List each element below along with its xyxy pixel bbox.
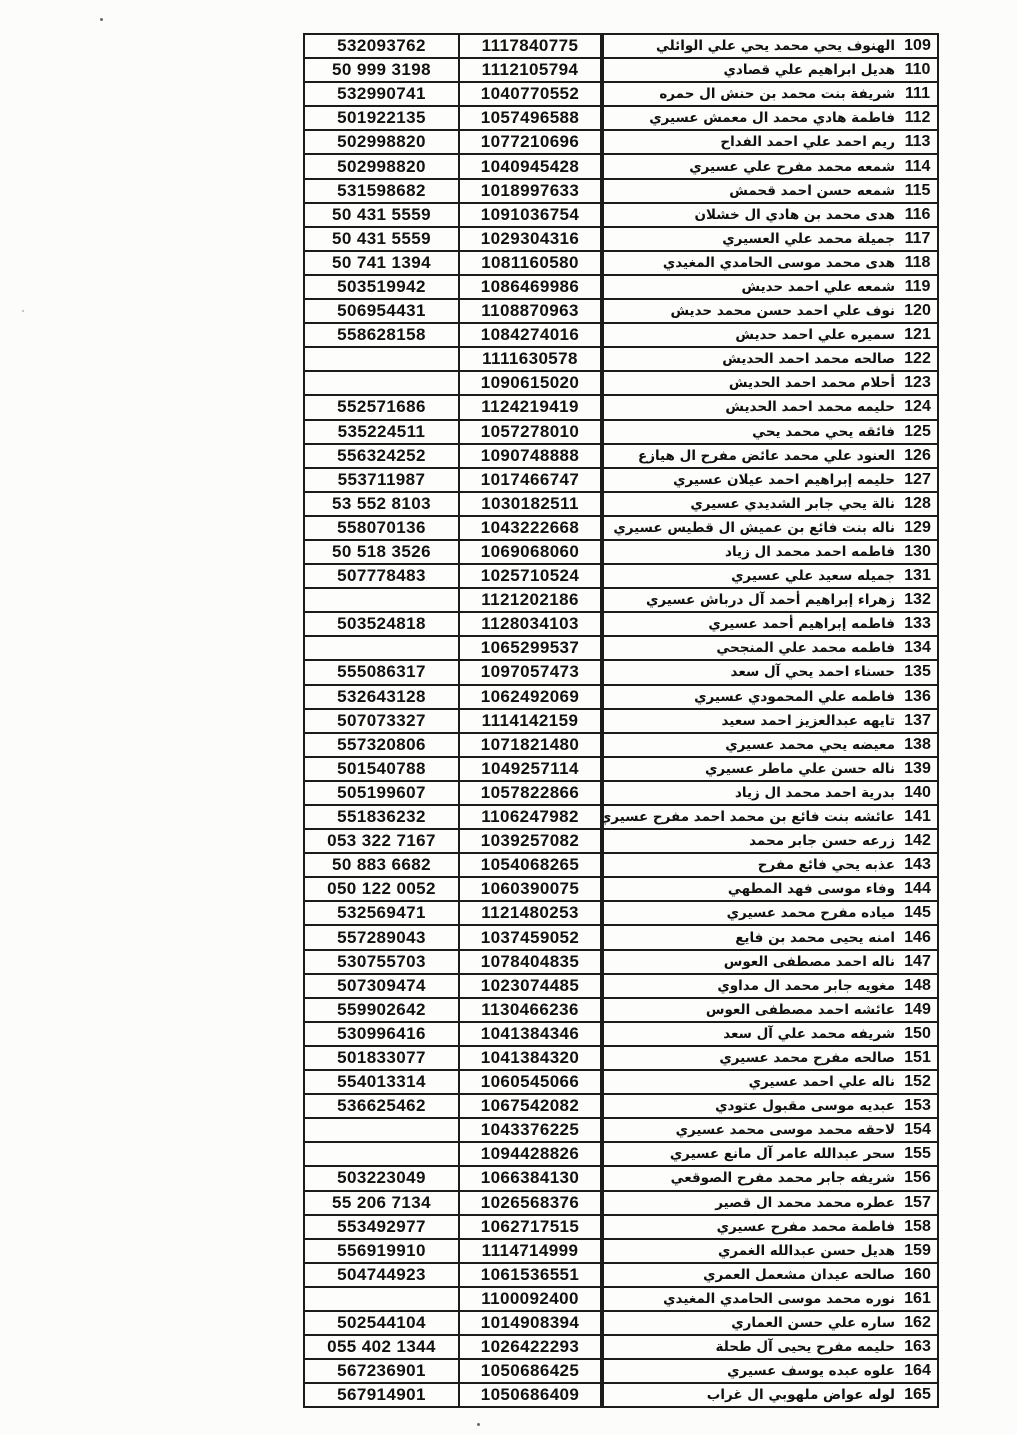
table-row: 567914901 1050686409 لوله عواض ملهوبي ال… <box>305 1382 937 1406</box>
person-name-cell: فاطمه علي المحمودي عسيري <box>602 686 898 708</box>
person-name-cell: زرعه حسن جابر محمد <box>602 830 898 852</box>
row-number-cell: 122 <box>898 348 937 370</box>
person-name-cell: أحلام محمد احمد الحديش <box>602 372 898 394</box>
national-id-cell: 1029304316 <box>460 228 602 250</box>
row-number-cell: 112 <box>898 107 937 129</box>
table-row: 505199607 1057822866 بدرية احمد محمد ال … <box>305 780 937 804</box>
national-id-cell: 1062717515 <box>460 1216 602 1238</box>
person-name-cell: حليمه محمد احمد الحديش <box>602 396 898 418</box>
row-number-cell: 151 <box>898 1047 937 1069</box>
person-name-cell: حليمه إبراهيم احمد عيلان عسيري <box>602 469 898 491</box>
scan-speck <box>100 18 103 21</box>
national-id-cell: 1037459052 <box>460 926 602 948</box>
table-row: 503524818 1128034103 فاطمه إبراهيم أحمد … <box>305 611 937 635</box>
person-name-cell: ناله بنت فائع بن عميش ال قطيس عسيري <box>602 517 898 539</box>
phone-number-cell: 552571686 <box>305 396 460 418</box>
scan-speck <box>477 1423 480 1426</box>
national-id-cell: 1041384320 <box>460 1047 602 1069</box>
national-id-cell: 1121480253 <box>460 902 602 924</box>
row-number-cell: 118 <box>898 252 937 274</box>
row-number-cell: 145 <box>898 902 937 924</box>
national-id-cell: 1043222668 <box>460 517 602 539</box>
person-name-cell: نالة يحي جابر الشديدي عسيري <box>602 493 898 515</box>
row-number-cell: 160 <box>898 1264 937 1286</box>
national-id-cell: 1067542082 <box>460 1095 602 1117</box>
national-id-cell: 1050686425 <box>460 1360 602 1382</box>
row-number-cell: 136 <box>898 686 937 708</box>
phone-number-cell: 507073327 <box>305 710 460 732</box>
national-id-cell: 1114714999 <box>460 1240 602 1262</box>
person-name-cell: عطره محمد محمد ال قصير <box>602 1192 898 1214</box>
row-number-cell: 133 <box>898 613 937 635</box>
table-row: 556324252 1090748888 العنود علي محمد عائ… <box>305 443 937 467</box>
table-row: 532093762 1117840775 الهنوف يحي محمد يحي… <box>305 35 937 57</box>
row-number-cell: 135 <box>898 661 937 683</box>
national-id-cell: 1086469986 <box>460 276 602 298</box>
row-number-cell: 139 <box>898 758 937 780</box>
table-row: 530996416 1041384346 شريفه محمد علي آل س… <box>305 1021 937 1045</box>
table-row: 1043376225 لاحقه محمد موسى محمد عسيري 15… <box>305 1117 937 1141</box>
table-row: 504744923 1061536551 صالحه عيدان مشعمل ا… <box>305 1262 937 1286</box>
person-name-cell: سحر عبدالله عامر آل مانع عسيري <box>602 1143 898 1165</box>
phone-number-cell: 507778483 <box>305 565 460 587</box>
national-id-cell: 1071821480 <box>460 734 602 756</box>
national-id-cell: 1060545066 <box>460 1071 602 1093</box>
scan-speck <box>22 310 24 312</box>
phone-number-cell: 50 883 6682 <box>305 854 460 876</box>
national-id-cell: 1040770552 <box>460 83 602 105</box>
row-number-cell: 141 <box>898 806 937 828</box>
person-name-cell: لوله عواض ملهوبي ال غراب <box>602 1384 898 1406</box>
phone-number-cell: 50 431 5559 <box>305 228 460 250</box>
table-row: 535224511 1057278010 فائقه يحي محمد يحي … <box>305 419 937 443</box>
row-number-cell: 142 <box>898 830 937 852</box>
table-row: 552571686 1124219419 حليمه محمد احمد الح… <box>305 394 937 418</box>
phone-number-cell: 505199607 <box>305 782 460 804</box>
person-name-cell: فاطمه إبراهيم أحمد عسيري <box>602 613 898 635</box>
table-row: 567236901 1050686425 علوه عبده يوسف عسير… <box>305 1358 937 1382</box>
national-id-cell: 1081160580 <box>460 252 602 274</box>
phone-number-cell <box>305 1143 460 1165</box>
phone-number-cell: 050 122 0052 <box>305 878 460 900</box>
national-id-cell: 1124219419 <box>460 396 602 418</box>
table-row: 501833077 1041384320 صالحه مفرح محمد عسي… <box>305 1045 937 1069</box>
table-row: 556919910 1114714999 هديل حسن عبدالله ال… <box>305 1238 937 1262</box>
phone-number-cell: 532093762 <box>305 35 460 57</box>
table-row: 502998820 1077210696 ريم احمد علي احمد ا… <box>305 129 937 153</box>
person-name-cell: فاطمه محمد علي المنجحي <box>602 637 898 659</box>
row-number-cell: 161 <box>898 1288 937 1310</box>
person-name-cell: ريم احمد علي احمد الفداح <box>602 131 898 153</box>
national-id-cell: 1057496588 <box>460 107 602 129</box>
national-id-cell: 1026568376 <box>460 1192 602 1214</box>
person-name-cell: فاطمة هادي محمد ال معمش عسيري <box>602 107 898 129</box>
table-row: 553711987 1017466747 حليمه إبراهيم احمد … <box>305 467 937 491</box>
phone-number-cell <box>305 1119 460 1141</box>
row-number-cell: 159 <box>898 1240 937 1262</box>
national-id-cell: 1050686409 <box>460 1384 602 1406</box>
phone-number-cell: 503519942 <box>305 276 460 298</box>
table-row: 551836232 1106247982 عائشه بنت فائع بن م… <box>305 804 937 828</box>
person-name-cell: صالحه محمد احمد الحديش <box>602 348 898 370</box>
national-id-cell: 1026422293 <box>460 1336 602 1358</box>
national-id-cell: 1061536551 <box>460 1264 602 1286</box>
person-name-cell: الهنوف يحي محمد يحي علي الوائلي <box>602 35 898 57</box>
phone-number-cell: 536625462 <box>305 1095 460 1117</box>
table-row: 507073327 1114142159 تايهه عبدالعزيز احم… <box>305 708 937 732</box>
row-number-cell: 125 <box>898 421 937 443</box>
table-row: 503223049 1066384130 شريفه جابر محمد مفر… <box>305 1165 937 1189</box>
person-name-cell: ساره علي حسن العماري <box>602 1312 898 1334</box>
national-id-cell: 1069068060 <box>460 541 602 563</box>
national-id-cell: 1062492069 <box>460 686 602 708</box>
person-name-cell: العنود علي محمد عائض مفرح ال هيازع <box>602 445 898 467</box>
phone-number-cell: 50 741 1394 <box>305 252 460 274</box>
phone-number-cell: 501833077 <box>305 1047 460 1069</box>
phone-number-cell <box>305 589 460 611</box>
table-row: 506954431 1108870963 نوف علي احمد حسن مح… <box>305 298 937 322</box>
table-row: 53 552 8103 1030182511 نالة يحي جابر الش… <box>305 491 937 515</box>
row-number-cell: 120 <box>898 300 937 322</box>
table-row: 50 431 5559 1091036754 هدى محمد بن هادي … <box>305 202 937 226</box>
table-row: 053 322 7167 1039257082 زرعه حسن جابر مح… <box>305 828 937 852</box>
row-number-cell: 149 <box>898 999 937 1021</box>
person-name-cell: مغويه جابر محمد ال مداوي <box>602 975 898 997</box>
person-name-cell: تايهه عبدالعزيز احمد سعيد <box>602 710 898 732</box>
row-number-cell: 129 <box>898 517 937 539</box>
table-row: 554013314 1060545066 ناله علي احمد عسيري… <box>305 1069 937 1093</box>
row-number-cell: 148 <box>898 975 937 997</box>
row-number-cell: 140 <box>898 782 937 804</box>
person-name-cell: ناله حسن علي ماطر عسيري <box>602 758 898 780</box>
row-number-cell: 147 <box>898 951 937 973</box>
national-id-cell: 1084274016 <box>460 324 602 346</box>
person-name-cell: نوره محمد موسى الحامدي المغيدي <box>602 1288 898 1310</box>
person-name-cell: عذبه يحي فائع مفرح <box>602 854 898 876</box>
table-row: 532569471 1121480253 مياده مفرح محمد عسي… <box>305 900 937 924</box>
table-row: 531598682 1018997633 شمعه حسن احمد قحمش … <box>305 178 937 202</box>
national-id-cell: 1057822866 <box>460 782 602 804</box>
table-row: 503519942 1086469986 شمعه علي احمد حديش … <box>305 274 937 298</box>
row-number-cell: 117 <box>898 228 937 250</box>
table-row: 1090615020 أحلام محمد احمد الحديش 123 <box>305 370 937 394</box>
table-row: 532643128 1062492069 فاطمه علي المحمودي … <box>305 684 937 708</box>
phone-number-cell: 506954431 <box>305 300 460 322</box>
person-name-cell: ناله علي احمد عسيري <box>602 1071 898 1093</box>
table-row: 507309474 1023074485 مغويه جابر محمد ال … <box>305 973 937 997</box>
table-row: 558628158 1084274016 سميره علي احمد حديش… <box>305 322 937 346</box>
person-name-cell: امنه يحيى محمد بن فايع <box>602 926 898 948</box>
person-name-cell: هدى محمد بن هادي ال خشلان <box>602 204 898 226</box>
national-id-cell: 1060390075 <box>460 878 602 900</box>
person-name-cell: سميره علي احمد حديش <box>602 324 898 346</box>
phone-number-cell: 530996416 <box>305 1023 460 1045</box>
national-id-cell: 1121202186 <box>460 589 602 611</box>
person-name-cell: عائشه احمد مصطفى العوس <box>602 999 898 1021</box>
person-name-cell: شريفة بنت محمد بن حنش ال حمره <box>602 83 898 105</box>
row-number-cell: 126 <box>898 445 937 467</box>
phone-number-cell: 50 999 3198 <box>305 59 460 81</box>
phone-number-cell: 567914901 <box>305 1384 460 1406</box>
person-name-cell: حسناء احمد يحي آل سعد <box>602 661 898 683</box>
national-id-cell: 1094428826 <box>460 1143 602 1165</box>
row-number-cell: 127 <box>898 469 937 491</box>
national-id-cell: 1049257114 <box>460 758 602 780</box>
table-row: 553492977 1062717515 فاطمة محمد مفرح عسي… <box>305 1214 937 1238</box>
national-id-cell: 1054068265 <box>460 854 602 876</box>
row-number-cell: 121 <box>898 324 937 346</box>
person-name-cell: مياده مفرح محمد عسيري <box>602 902 898 924</box>
phone-number-cell: 530755703 <box>305 951 460 973</box>
row-number-cell: 164 <box>898 1360 937 1382</box>
national-id-cell: 1040945428 <box>460 155 602 177</box>
table-row: 559902642 1130466236 عائشه احمد مصطفى ال… <box>305 997 937 1021</box>
row-number-cell: 155 <box>898 1143 937 1165</box>
national-id-cell: 1025710524 <box>460 565 602 587</box>
row-number-cell: 162 <box>898 1312 937 1334</box>
phone-number-cell: 50 431 5559 <box>305 204 460 226</box>
table-row: 050 122 0052 1060390075 وفاء موسى فهد ال… <box>305 876 937 900</box>
phone-number-cell: 503524818 <box>305 613 460 635</box>
table-row: 50 431 5559 1029304316 جميلة محمد علي ال… <box>305 226 937 250</box>
phone-number-cell: 53 552 8103 <box>305 493 460 515</box>
phone-number-cell <box>305 372 460 394</box>
phone-number-cell: 501540788 <box>305 758 460 780</box>
row-number-cell: 132 <box>898 589 937 611</box>
national-id-cell: 1090748888 <box>460 445 602 467</box>
person-name-cell: شمعه محمد مفرح علي عسيري <box>602 155 898 177</box>
national-id-cell: 1111630578 <box>460 348 602 370</box>
row-number-cell: 110 <box>898 59 937 81</box>
table-row: 1121202186 زهراء إبراهيم أحمد آل درباش ع… <box>305 587 937 611</box>
phone-number-cell: 50 518 3526 <box>305 541 460 563</box>
national-id-cell: 1041384346 <box>460 1023 602 1045</box>
national-id-cell: 1108870963 <box>460 300 602 322</box>
national-id-cell: 1078404835 <box>460 951 602 973</box>
phone-number-cell: 502998820 <box>305 131 460 153</box>
row-number-cell: 138 <box>898 734 937 756</box>
table-row: 50 518 3526 1069068060 فاطمه احمد محمد ا… <box>305 539 937 563</box>
phone-number-cell: 504744923 <box>305 1264 460 1286</box>
scanned-page: 532093762 1117840775 الهنوف يحي محمد يحي… <box>0 0 1017 1435</box>
person-name-cell: جميله سعيد علي عسيري <box>602 565 898 587</box>
table-row: 502998820 1040945428 شمعه محمد مفرح علي … <box>305 153 937 177</box>
phone-number-cell: 556324252 <box>305 445 460 467</box>
table-row: 1065299537 فاطمه محمد علي المنجحي 134 <box>305 635 937 659</box>
phone-number-cell: 053 322 7167 <box>305 830 460 852</box>
phone-number-cell: 558628158 <box>305 324 460 346</box>
phone-number-cell <box>305 348 460 370</box>
person-name-cell: ناله احمد مصطفى العوس <box>602 951 898 973</box>
phone-number-cell: 507309474 <box>305 975 460 997</box>
person-name-cell: هديل ابراهيم علي قصادي <box>602 59 898 81</box>
table-row: 1094428826 سحر عبدالله عامر آل مانع عسير… <box>305 1141 937 1165</box>
phone-number-cell: 557320806 <box>305 734 460 756</box>
table-row: 50 999 3198 1112105794 هديل ابراهيم علي … <box>305 57 937 81</box>
row-number-cell: 128 <box>898 493 937 515</box>
national-id-cell: 1039257082 <box>460 830 602 852</box>
phone-number-cell <box>305 637 460 659</box>
phone-number-cell: 535224511 <box>305 421 460 443</box>
table-row: 501540788 1049257114 ناله حسن علي ماطر ع… <box>305 756 937 780</box>
national-id-cell: 1117840775 <box>460 35 602 57</box>
person-name-cell: عبديه موسى مقبول عتودي <box>602 1095 898 1117</box>
phone-number-cell: 559902642 <box>305 999 460 1021</box>
row-number-cell: 137 <box>898 710 937 732</box>
phone-number-cell: 532990741 <box>305 83 460 105</box>
national-id-cell: 1128034103 <box>460 613 602 635</box>
table-row: 530755703 1078404835 ناله احمد مصطفى الع… <box>305 949 937 973</box>
row-number-cell: 146 <box>898 926 937 948</box>
row-number-cell: 154 <box>898 1119 937 1141</box>
row-number-cell: 153 <box>898 1095 937 1117</box>
person-name-cell: شمعه حسن احمد قحمش <box>602 180 898 202</box>
national-id-cell: 1043376225 <box>460 1119 602 1141</box>
national-id-cell: 1106247982 <box>460 806 602 828</box>
row-number-cell: 144 <box>898 878 937 900</box>
row-number-cell: 165 <box>898 1384 937 1406</box>
phone-number-cell: 502998820 <box>305 155 460 177</box>
row-number-cell: 130 <box>898 541 937 563</box>
table-row: 501922135 1057496588 فاطمة هادي محمد ال … <box>305 105 937 129</box>
table-row: 557289043 1037459052 امنه يحيى محمد بن ف… <box>305 924 937 948</box>
person-name-cell: نوف علي احمد حسن محمد حديش <box>602 300 898 322</box>
phone-number-cell: 553492977 <box>305 1216 460 1238</box>
phone-number-cell: 556919910 <box>305 1240 460 1262</box>
phone-number-cell <box>305 1288 460 1310</box>
person-name-cell: هدى محمد موسى الحامدي المغيدي <box>602 252 898 274</box>
phone-number-cell: 531598682 <box>305 180 460 202</box>
table-row: 1111630578 صالحه محمد احمد الحديش 122 <box>305 346 937 370</box>
table-row: 055 402 1344 1026422293 حليمه مفرح يحيى … <box>305 1334 937 1358</box>
row-number-cell: 150 <box>898 1023 937 1045</box>
row-number-cell: 163 <box>898 1336 937 1358</box>
national-id-cell: 1112105794 <box>460 59 602 81</box>
row-number-cell: 116 <box>898 204 937 226</box>
person-name-cell: شريفه جابر محمد مفرح الصوقعي <box>602 1167 898 1189</box>
person-name-cell: هديل حسن عبدالله الغمري <box>602 1240 898 1262</box>
phone-number-cell: 553711987 <box>305 469 460 491</box>
table-row: 55 206 7134 1026568376 عطره محمد محمد ال… <box>305 1190 937 1214</box>
table-row: 507778483 1025710524 جميله سعيد علي عسير… <box>305 563 937 587</box>
row-number-cell: 134 <box>898 637 937 659</box>
person-name-cell: شريفه محمد علي آل سعد <box>602 1023 898 1045</box>
phone-number-cell: 557289043 <box>305 926 460 948</box>
phone-number-cell: 555086317 <box>305 661 460 683</box>
national-id-cell: 1065299537 <box>460 637 602 659</box>
person-name-cell: علوه عبده يوسف عسيري <box>602 1360 898 1382</box>
table-row: 536625462 1067542082 عبديه موسى مقبول عت… <box>305 1093 937 1117</box>
person-name-cell: زهراء إبراهيم أحمد آل درباش عسيري <box>602 589 898 611</box>
national-id-cell: 1030182511 <box>460 493 602 515</box>
phone-number-cell: 055 402 1344 <box>305 1336 460 1358</box>
person-name-cell: جميلة محمد علي العسيري <box>602 228 898 250</box>
row-number-cell: 152 <box>898 1071 937 1093</box>
phone-number-cell: 558070136 <box>305 517 460 539</box>
national-id-cell: 1114142159 <box>460 710 602 732</box>
national-id-cell: 1066384130 <box>460 1167 602 1189</box>
table-row: 50 883 6682 1054068265 عذبه يحي فائع مفر… <box>305 852 937 876</box>
national-id-cell: 1014908394 <box>460 1312 602 1334</box>
row-number-cell: 131 <box>898 565 937 587</box>
person-name-cell: معيضه يحي محمد عسيري <box>602 734 898 756</box>
row-number-cell: 156 <box>898 1167 937 1189</box>
national-id-cell: 1090615020 <box>460 372 602 394</box>
row-number-cell: 115 <box>898 180 937 202</box>
national-id-cell: 1100092400 <box>460 1288 602 1310</box>
phone-number-cell: 567236901 <box>305 1360 460 1382</box>
national-id-cell: 1091036754 <box>460 204 602 226</box>
phone-number-cell: 503223049 <box>305 1167 460 1189</box>
phone-number-cell: 532643128 <box>305 686 460 708</box>
person-name-cell: صالحه عيدان مشعمل العمري <box>602 1264 898 1286</box>
person-name-cell: فاطمه احمد محمد ال زياد <box>602 541 898 563</box>
records-table: 532093762 1117840775 الهنوف يحي محمد يحي… <box>303 33 939 1408</box>
national-id-cell: 1017466747 <box>460 469 602 491</box>
table-row: 502544104 1014908394 ساره علي حسن العمار… <box>305 1310 937 1334</box>
person-name-cell: وفاء موسى فهد المطهي <box>602 878 898 900</box>
phone-number-cell: 551836232 <box>305 806 460 828</box>
person-name-cell: حليمه مفرح يحيى آل طحلة <box>602 1336 898 1358</box>
table-row: 1100092400 نوره محمد موسى الحامدي المغيد… <box>305 1286 937 1310</box>
national-id-cell: 1023074485 <box>460 975 602 997</box>
person-name-cell: شمعه علي احمد حديش <box>602 276 898 298</box>
row-number-cell: 113 <box>898 131 937 153</box>
row-number-cell: 109 <box>898 35 937 57</box>
phone-number-cell: 502544104 <box>305 1312 460 1334</box>
row-number-cell: 124 <box>898 396 937 418</box>
row-number-cell: 158 <box>898 1216 937 1238</box>
phone-number-cell: 532569471 <box>305 902 460 924</box>
table-row: 557320806 1071821480 معيضه يحي محمد عسير… <box>305 732 937 756</box>
row-number-cell: 157 <box>898 1192 937 1214</box>
national-id-cell: 1097057473 <box>460 661 602 683</box>
person-name-cell: لاحقه محمد موسى محمد عسيري <box>602 1119 898 1141</box>
row-number-cell: 123 <box>898 372 937 394</box>
table-row: 532990741 1040770552 شريفة بنت محمد بن ح… <box>305 81 937 105</box>
table-row: 50 741 1394 1081160580 هدى محمد موسى الح… <box>305 250 937 274</box>
row-number-cell: 119 <box>898 276 937 298</box>
national-id-cell: 1057278010 <box>460 421 602 443</box>
table-row: 555086317 1097057473 حسناء احمد يحي آل س… <box>305 659 937 683</box>
row-number-cell: 111 <box>898 83 937 105</box>
phone-number-cell: 501922135 <box>305 107 460 129</box>
person-name-cell: فائقه يحي محمد يحي <box>602 421 898 443</box>
row-number-cell: 143 <box>898 854 937 876</box>
person-name-cell: فاطمة محمد مفرح عسيري <box>602 1216 898 1238</box>
person-name-cell: بدرية احمد محمد ال زياد <box>602 782 898 804</box>
phone-number-cell: 55 206 7134 <box>305 1192 460 1214</box>
phone-number-cell: 554013314 <box>305 1071 460 1093</box>
national-id-cell: 1130466236 <box>460 999 602 1021</box>
person-name-cell: عائشه بنت فائع بن محمد احمد مفرح عسيري <box>602 806 898 828</box>
national-id-cell: 1018997633 <box>460 180 602 202</box>
national-id-cell: 1077210696 <box>460 131 602 153</box>
table-row: 558070136 1043222668 ناله بنت فائع بن عم… <box>305 515 937 539</box>
person-name-cell: صالحه مفرح محمد عسيري <box>602 1047 898 1069</box>
row-number-cell: 114 <box>898 155 937 177</box>
